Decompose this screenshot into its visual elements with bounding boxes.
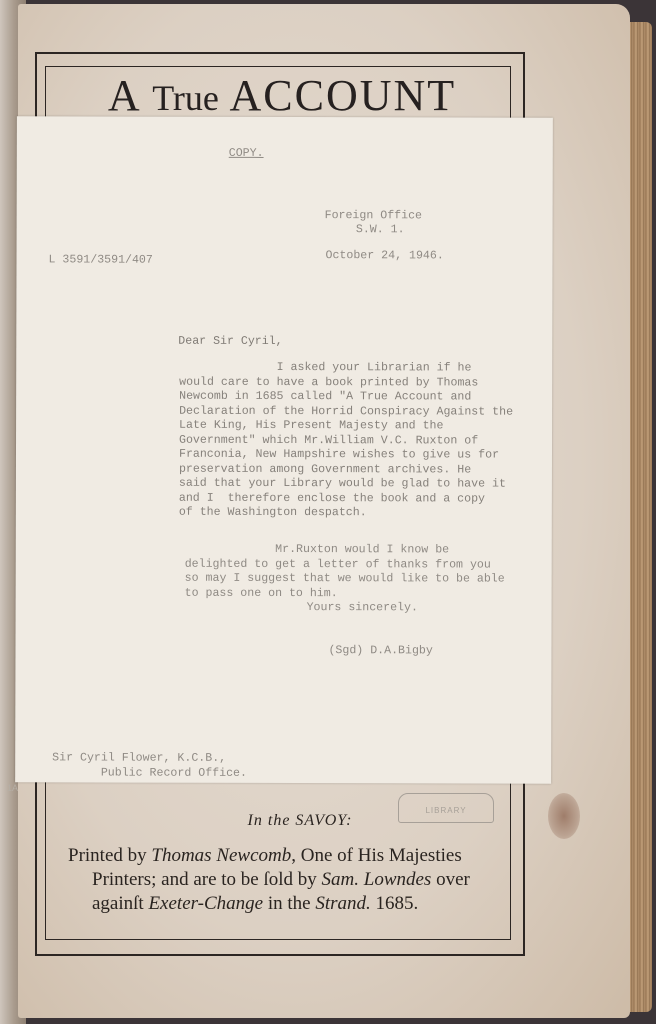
closing: Yours sincerely. [307,601,418,615]
letter-heading: COPY. [229,147,264,161]
reference-number: L 3591/3591/407 [48,253,152,267]
typewritten-letter: COPY. Foreign Office S.W. 1. L 3591/3591… [15,116,553,783]
imprint-block: In the SAVOY: Printed by Thomas Newcomb,… [60,812,540,916]
signature: (Sgd) D.A.Bigby [328,644,432,658]
imprint-line-2: Printers; and are to be ſold by Sam. Low… [60,868,540,892]
imprint-line-1: Printed by Thomas Newcomb, One of His Ma… [60,844,540,868]
letter-date: October 24, 1946. [325,249,443,263]
letter-paragraph-2: Mr.Ruxton would I know be delighted to g… [185,543,505,602]
page-stain [548,793,580,839]
letter-paragraph-1: I asked your Librarian if he would care … [179,361,513,521]
imprint-line-3: againſt Exeter-Change in the Strand. 168… [60,892,540,916]
margin-tag: 1A [7,783,18,793]
imprint-place: In the SAVOY: [60,812,540,830]
recipient-address: Sir Cyril Flower, K.C.B., Public Record … [52,750,247,781]
book-title: A True ACCOUNT [62,70,502,121]
salutation: Dear Sir Cyril, [178,335,282,349]
sender-address: Foreign Office S.W. 1. [325,209,422,237]
